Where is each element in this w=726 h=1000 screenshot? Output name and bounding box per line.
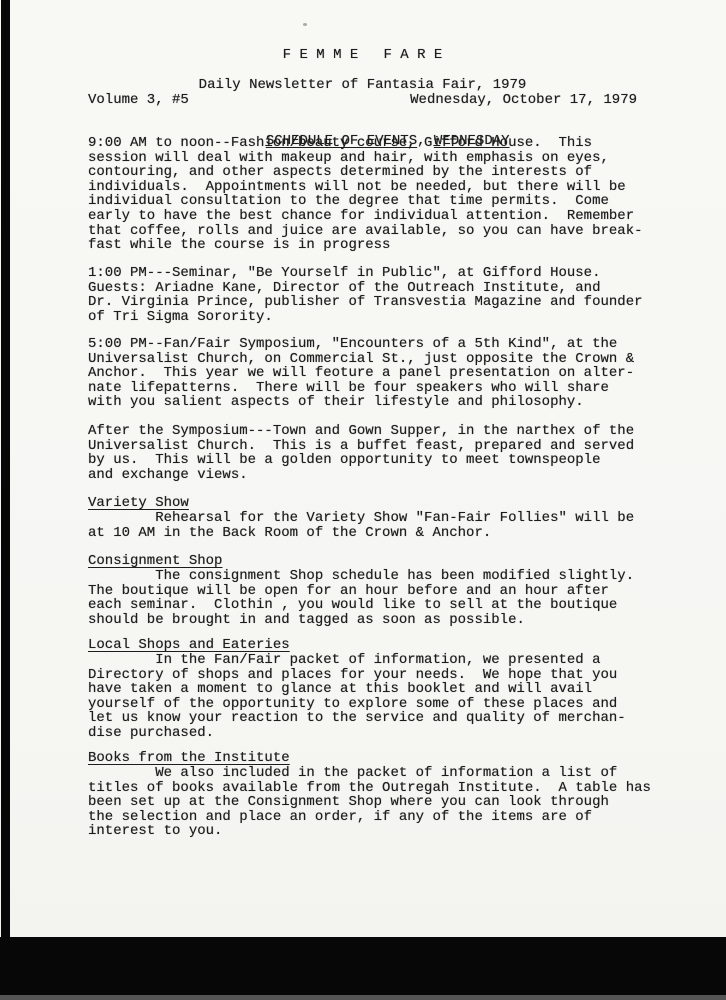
section-heading-local-shops: Local Shops and Eateries — [88, 638, 290, 653]
scan-edge-bottom-strip — [0, 995, 726, 1000]
scan-edge-bottom-band — [0, 937, 726, 1000]
section-body-variety-show: Rehearsal for the Variety Show "Fan-Fair… — [88, 511, 634, 540]
section-heading-consignment-shop: Consignment Shop — [88, 554, 222, 569]
section-heading-books-institute: Books from the Institute — [88, 751, 290, 766]
section-body-local-shops: In the Fan/Fair packet of information, w… — [88, 653, 626, 741]
volume-date-row: Volume 3, #5 Wednesday, October 17, 1979 — [88, 93, 637, 108]
schedule-item-supper: After the Symposium---Town and Gown Supp… — [88, 424, 634, 482]
section-heading-variety-show: Variety Show — [88, 496, 189, 511]
section-body-consignment-shop: The consignment Shop schedule has been m… — [88, 569, 634, 627]
volume-label: Volume 3, #5 — [88, 93, 189, 108]
scan-edge-left-bar — [1, 0, 10, 998]
schedule-item-seminar: 1:00 PM---Seminar, "Be Yourself in Publi… — [88, 266, 643, 324]
section-body-books-institute: We also included in the packet of inform… — [88, 766, 651, 839]
scanned-newsletter-page: F E M M E F A R E Daily Newsletter of Fa… — [0, 0, 726, 1000]
newsletter-subtitle: Daily Newsletter of Fantasia Fair, 1979 — [88, 78, 637, 93]
schedule-item-symposium: 5:00 PM--Fan/Fair Symposium, "Encounters… — [88, 337, 634, 410]
schedule-item-morning-course: 9:00 AM to noon--Fashion/beauty course, … — [88, 136, 643, 253]
scan-speck — [303, 23, 307, 26]
newsletter-title: F E M M E F A R E — [88, 48, 637, 63]
date-label: Wednesday, October 17, 1979 — [410, 93, 637, 108]
